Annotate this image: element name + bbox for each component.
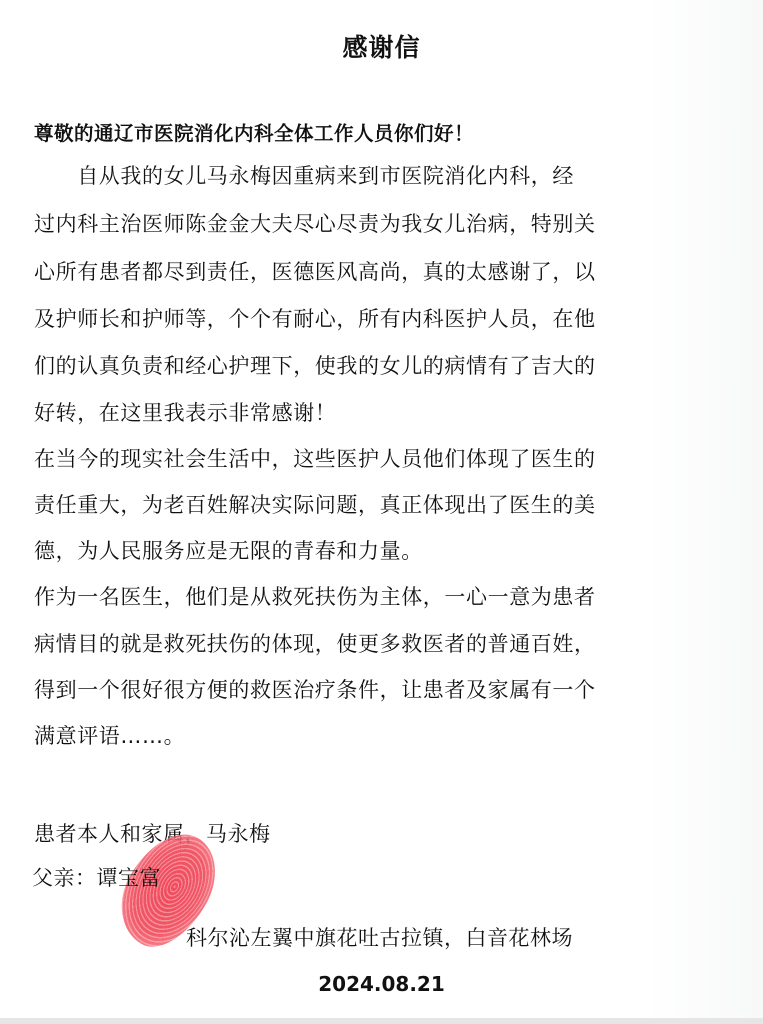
body-line: 们的认真负责和经心护理下，使我的女儿的病情有了吉大的 [34, 350, 596, 380]
signature-father: 父亲：谭宝富 [32, 862, 161, 892]
letter-date: 2024.08.21 [0, 972, 763, 996]
body-line: 心所有患者都尽到责任，医德医风高尚，真的太感谢了，以 [34, 256, 596, 286]
body-line: 病情目的就是救死扶伤的体现，使更多救医者的普通百姓， [34, 628, 596, 658]
body-line: 过内科主治医师陈金金大夫尽心尽责为我女儿治病，特别关 [34, 208, 596, 238]
salutation: 尊敬的通辽市医院消化内科全体工作人员你们好！ [34, 118, 474, 146]
letter-page: 感谢信 尊敬的通辽市医院消化内科全体工作人员你们好！ 自从我的女儿马永梅因重病来… [0, 0, 763, 1024]
body-line: 德，为人民服务应是无限的青春和力量。 [34, 535, 423, 565]
body-line: 作为一名医生，他们是从救死扶伤为主体，一心一意为患者 [34, 581, 596, 611]
body-line: 得到一个很好很方便的救医治疗条件，让患者及家属有一个 [34, 674, 596, 704]
signature-address: 科尔沁左翼中旗花吐古拉镇，白音花林场 [186, 922, 573, 952]
letter-title: 感谢信 [0, 28, 763, 64]
body-line: 好转，在这里我表示非常感谢！ [34, 397, 336, 427]
page-bottom-edge [0, 1018, 763, 1024]
body-line: 自从我的女儿马永梅因重病来到市医院消化内科，经 [34, 160, 574, 190]
body-line: 责任重大，为老百姓解决实际问题，真正体现出了医生的美 [34, 489, 596, 519]
body-line: 及护师长和护师等，个个有耐心，所有内科医护人员，在他 [34, 303, 596, 333]
signature-patient-family: 患者本人和家属，马永梅 [34, 818, 271, 848]
body-line: 在当今的现实社会生活中，这些医护人员他们体现了医生的 [34, 443, 596, 473]
body-line: 满意评语……。 [34, 720, 185, 750]
